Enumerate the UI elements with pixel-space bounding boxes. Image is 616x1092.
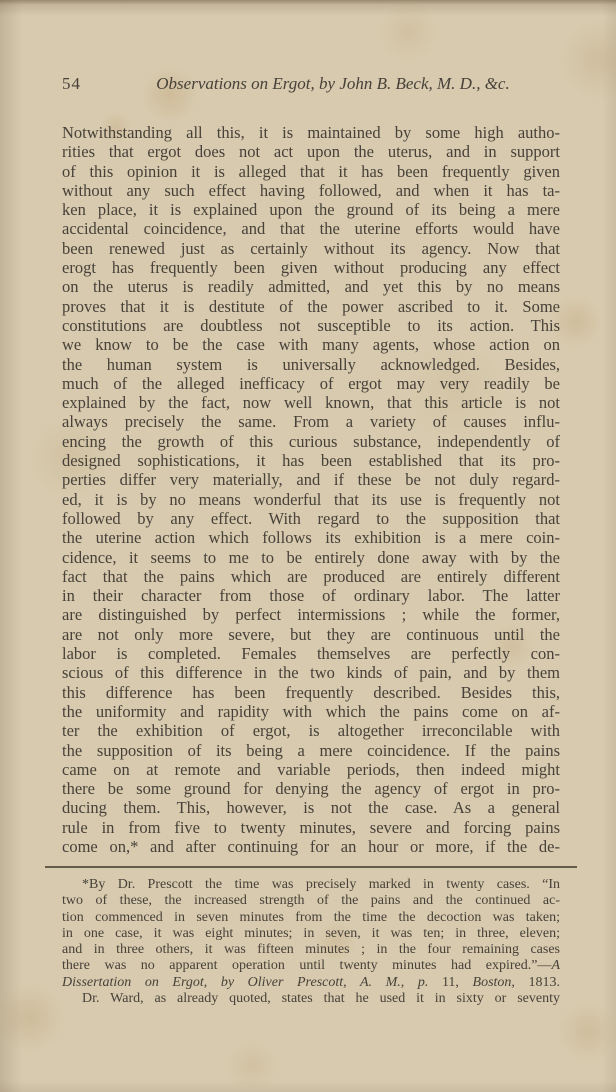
- text-segment: in their character from those of ordinar…: [62, 586, 560, 605]
- text-segment: 1813.: [515, 975, 560, 990]
- text-segment: come on,* and after continuing for an ho…: [62, 837, 560, 856]
- text-segment: we know to be the case with many agents,…: [62, 335, 560, 354]
- text-segment: *By Dr. Prescott the time was precisely …: [82, 877, 560, 892]
- text-segment: been renewed just as certainly without i…: [62, 239, 560, 258]
- text-line: came on at remote and variable periods, …: [62, 760, 560, 779]
- footnote-divider: [45, 866, 577, 868]
- text-segment: the human system is universally acknowle…: [62, 355, 560, 374]
- text-segment: erogt has frequently been given without …: [62, 258, 560, 277]
- page-header: 54 Observations on Ergot, by John B. Bec…: [62, 74, 560, 94]
- running-head: Observations on Ergot, by John B. Beck, …: [106, 74, 560, 94]
- text-segment: are not only more severe, but they are c…: [62, 625, 560, 644]
- text-line: the uniformity and rapidity with which t…: [62, 702, 560, 721]
- text-segment: there be some ground for denying the age…: [62, 779, 560, 798]
- text-line: on the uterus is readily admitted, and y…: [62, 277, 560, 296]
- italic-text-segment: Dissertation on Ergot, by Oliver Prescot…: [62, 975, 428, 990]
- text-segment: accidental coincidence, and that the ute…: [62, 219, 560, 238]
- text-segment: 11,: [428, 975, 472, 990]
- page-number: 54: [62, 74, 106, 94]
- text-segment: scious of this difference in the two kin…: [62, 663, 560, 682]
- text-line: are distinguished by perfect intermissio…: [62, 605, 560, 624]
- text-line: there be some ground for denying the age…: [62, 779, 560, 798]
- text-line: followed by any effect. With regard to t…: [62, 509, 560, 528]
- text-segment: the uniformity and rapidity with which t…: [62, 702, 560, 721]
- text-line: and in three others, it was fifteen minu…: [62, 942, 560, 958]
- text-line: labor is completed. Females themselves a…: [62, 644, 560, 663]
- text-segment: ducing them. This, however, is not the c…: [62, 798, 560, 817]
- text-line: always precisely the same. From a variet…: [62, 412, 560, 431]
- text-line: Dr. Ward, as already quoted, states that…: [62, 991, 560, 1007]
- text-line: are not only more severe, but they are c…: [62, 625, 560, 644]
- text-line: without any such effect having followed,…: [62, 181, 560, 200]
- text-line: rities that ergot does not act upon the …: [62, 142, 560, 161]
- text-segment: there was no apparent operation until tw…: [62, 958, 551, 973]
- text-line: fact that the pains which are produced a…: [62, 567, 560, 586]
- text-segment: of this opinion it is alleged that it ha…: [62, 162, 560, 181]
- italic-text-segment: A: [551, 958, 560, 973]
- text-line: perties differ very materially, and if t…: [62, 470, 560, 489]
- text-segment: this difference has been frequently desc…: [62, 683, 560, 702]
- text-line: erogt has frequently been given without …: [62, 258, 560, 277]
- text-line: ter the exhibition of ergot, is altogeth…: [62, 721, 560, 740]
- italic-text-segment: Boston,: [473, 975, 515, 990]
- text-segment: in one case, it was eight minutes; in se…: [62, 926, 560, 941]
- text-segment: always precisely the same. From a variet…: [62, 412, 560, 431]
- text-line: there was no apparent operation until tw…: [62, 958, 560, 974]
- text-line: accidental coincidence, and that the ute…: [62, 219, 560, 238]
- text-segment: came on at remote and variable periods, …: [62, 760, 560, 779]
- text-line: scious of this difference in the two kin…: [62, 663, 560, 682]
- text-segment: and in three others, it was fifteen minu…: [62, 942, 560, 957]
- text-segment: cidence, it seems to me to be entirely d…: [62, 548, 560, 567]
- text-line: proves that it is destitute of the power…: [62, 297, 560, 316]
- text-segment: the uterine action which follows its exh…: [62, 528, 560, 547]
- text-segment: ed, it is by no means wonderful that its…: [62, 490, 560, 509]
- body-text: Notwithstanding all this, it is maintain…: [62, 123, 560, 856]
- text-line: encing the growth of this curious substa…: [62, 432, 560, 451]
- text-line: two of these, the increased strength of …: [62, 893, 560, 909]
- text-line: in their character from those of ordinar…: [62, 586, 560, 605]
- text-line: tion commenced in seven minutes from the…: [62, 910, 560, 926]
- text-segment: ter the exhibition of ergot, is altogeth…: [62, 721, 560, 740]
- text-line: this difference has been frequently desc…: [62, 683, 560, 702]
- text-segment: fact that the pains which are produced a…: [62, 567, 560, 586]
- text-line: rule in from five to twenty minutes, sev…: [62, 818, 560, 837]
- text-segment: tion commenced in seven minutes from the…: [62, 910, 560, 925]
- text-line: the human system is universally acknowle…: [62, 355, 560, 374]
- text-segment: Dr. Ward, as already quoted, states that…: [82, 991, 560, 1006]
- text-line: in one case, it was eight minutes; in se…: [62, 926, 560, 942]
- text-segment: designed sophistications, it has been es…: [62, 451, 560, 470]
- text-segment: Notwithstanding all this, it is maintain…: [62, 123, 560, 142]
- text-line: *By Dr. Prescott the time was precisely …: [62, 877, 560, 893]
- text-line: of this opinion it is alleged that it ha…: [62, 162, 560, 181]
- text-line: ken place, it is explained upon the grou…: [62, 200, 560, 219]
- text-line: the supposition of its being a mere coin…: [62, 741, 560, 760]
- text-line: Notwithstanding all this, it is maintain…: [62, 123, 560, 142]
- text-segment: rities that ergot does not act upon the …: [62, 142, 560, 161]
- book-page: 54 Observations on Ergot, by John B. Bec…: [0, 0, 616, 1092]
- text-line: the uterine action which follows its exh…: [62, 528, 560, 547]
- text-segment: encing the growth of this curious substa…: [62, 432, 560, 451]
- text-segment: explained by the fact, now well known, t…: [62, 393, 560, 412]
- text-line: constitutions are doubtless not suscepti…: [62, 316, 560, 335]
- text-segment: are distinguished by perfect intermissio…: [62, 605, 560, 624]
- footnote: *By Dr. Prescott the time was precisely …: [62, 877, 560, 1007]
- text-segment: constitutions are doubtless not suscepti…: [62, 316, 560, 335]
- text-segment: perties differ very materially, and if t…: [62, 470, 560, 489]
- text-segment: two of these, the increased strength of …: [62, 893, 560, 908]
- text-segment: labor is completed. Females themselves a…: [62, 644, 560, 663]
- text-line: cidence, it seems to me to be entirely d…: [62, 548, 560, 567]
- text-segment: followed by any effect. With regard to t…: [62, 509, 560, 528]
- text-line: designed sophistications, it has been es…: [62, 451, 560, 470]
- text-segment: proves that it is destitute of the power…: [62, 297, 560, 316]
- text-line: come on,* and after continuing for an ho…: [62, 837, 560, 856]
- text-line: ducing them. This, however, is not the c…: [62, 798, 560, 817]
- text-line: much of the alleged inefficacy of ergot …: [62, 374, 560, 393]
- text-segment: on the uterus is readily admitted, and y…: [62, 277, 560, 296]
- text-segment: without any such effect having followed,…: [62, 181, 560, 200]
- text-segment: rule in from five to twenty minutes, sev…: [62, 818, 560, 837]
- text-segment: ken place, it is explained upon the grou…: [62, 200, 560, 219]
- text-segment: much of the alleged inefficacy of ergot …: [62, 374, 560, 393]
- text-line: Dissertation on Ergot, by Oliver Prescot…: [62, 975, 560, 991]
- text-line: explained by the fact, now well known, t…: [62, 393, 560, 412]
- text-segment: the supposition of its being a mere coin…: [62, 741, 560, 760]
- text-line: ed, it is by no means wonderful that its…: [62, 490, 560, 509]
- text-line: we know to be the case with many agents,…: [62, 335, 560, 354]
- text-line: been renewed just as certainly without i…: [62, 239, 560, 258]
